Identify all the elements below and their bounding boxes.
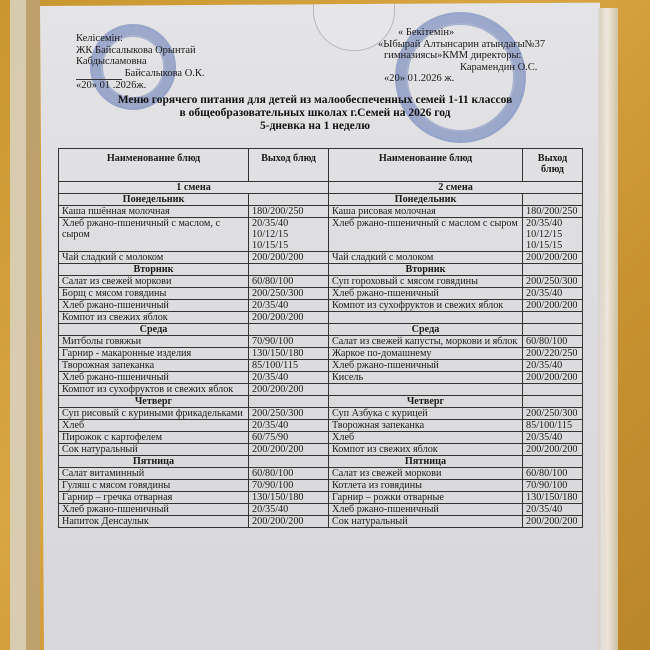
dish-portion: 200/250/300 [523,276,583,288]
dish-portion: 20/35/40 10/12/15 10/15/15 [523,218,583,252]
approval-signature: Карамендин О.С. [378,62,545,74]
dish-name: Митболы говяжьи [59,336,249,348]
sleeve-edge [10,0,26,650]
empty-cell [523,264,583,276]
table-header-row: Наименование блюд Выход блюд Наименовани… [59,149,583,182]
dish-name: Сок натуральный [329,516,523,528]
dish-portion: 130/150/180 [249,348,329,360]
empty-cell [523,456,583,468]
day-label: Пятница [329,456,523,468]
table-row: Творожная запеканка85/100/115Хлеб ржано-… [59,360,583,372]
dish-name: Хлеб ржано-пшеничный [59,372,249,384]
dish-portion: 200/200/200 [523,444,583,456]
empty-cell [523,194,583,206]
approval-line: « Бекітемін» [378,27,545,39]
dish-portion: 130/150/180 [523,492,583,504]
column-header-portion: Выход блюд [249,149,329,182]
table-row: Салат витаминный60/80/100Салат из свежей… [59,468,583,480]
dish-name: Чай сладкий с молоком [59,252,249,264]
dish-portion: 70/90/100 [249,336,329,348]
dish-name: Компот из свежих яблок [329,444,523,456]
dish-portion: 200/200/200 [523,252,583,264]
approval-line: Келісемін: [76,33,205,45]
dish-name: Суп рисовый с куриными фрикадельками [59,408,249,420]
day-label: Понедельник [329,194,523,206]
approval-signature: Байсалыкова О.К. [125,68,205,79]
dish-portion: 20/35/40 [523,432,583,444]
table-row: Чай сладкий с молоком200/200/200Чай слад… [59,252,583,264]
page-title: Меню горячего питания для детей из малоо… [60,94,570,133]
table-row: Компот из свежих яблок200/200/200 [59,312,583,324]
dish-portion: 60/80/100 [249,276,329,288]
sleeve-edge-inner [26,0,40,650]
dish-name: Компот из сухофруктов и свежих яблок [59,384,249,396]
day-label: Пятница [59,456,249,468]
approval-line: Кабдысламовна [76,56,205,68]
dish-portion: 200/200/200 [523,372,583,384]
dish-portion: 60/80/100 [523,336,583,348]
dish-portion: 70/90/100 [249,480,329,492]
dish-portion: 85/100/115 [249,360,329,372]
sleeve-edge-right [598,8,618,650]
table-row: Гарнир – гречка отварная130/150/180Гарни… [59,492,583,504]
dish-portion: 20/35/40 [249,300,329,312]
dish-portion: 70/90/100 [523,480,583,492]
day-label: Среда [59,324,249,336]
dish-name [329,384,523,396]
dish-portion: 20/35/40 10/12/15 10/15/15 [249,218,329,252]
dish-name: Хлеб ржано-пшеничный [59,504,249,516]
approval-line: «Ыбырай Алтынсарин атындағы№37 [378,39,545,51]
dish-name: Кисель [329,372,523,384]
column-header-dish: Наименование блюд [329,149,523,182]
empty-cell [249,194,329,206]
dish-portion: 200/200/200 [249,516,329,528]
empty-cell [523,396,583,408]
title-line: Меню горячего питания для детей из малоо… [60,94,570,107]
dish-name: Чай сладкий с молоком [329,252,523,264]
dish-portion [523,384,583,396]
dish-name: Котлета из говядины [329,480,523,492]
dish-name: Хлеб ржано-пшеничный [59,300,249,312]
dish-name: Каша пшённая молочная [59,206,249,218]
dish-name: Каша рисовая молочная [329,206,523,218]
dish-name: Творожная запеканка [329,420,523,432]
dish-portion: 20/35/40 [249,372,329,384]
table-row: Борщ с мясом говядины200/250/300Хлеб ржа… [59,288,583,300]
empty-cell [249,324,329,336]
dish-name: Хлеб ржано-пшеничный с маслом с сыром [329,218,523,252]
dish-portion: 200/200/200 [249,384,329,396]
dish-name: Хлеб ржано-пшеничный [329,360,523,372]
dish-portion: 200/250/300 [249,408,329,420]
signature-mark [76,68,122,81]
dish-portion: 20/35/40 [523,288,583,300]
day-row: ПонедельникПонедельник [59,194,583,206]
dish-name: Салат из свежей моркови [59,276,249,288]
empty-cell [249,456,329,468]
dish-portion: 180/200/250 [523,206,583,218]
dish-portion: 200/200/200 [523,300,583,312]
dish-name: Хлеб ржано-пшеничный [329,288,523,300]
menu-table: Наименование блюд Выход блюд Наименовани… [58,148,583,528]
approval-line: гимназиясы»КММ директоры: [378,50,545,62]
dish-portion: 20/35/40 [523,504,583,516]
dish-portion: 200/200/200 [249,312,329,324]
dish-name: Гарнир - макаронные изделия [59,348,249,360]
dish-name: Гарнир – рожки отварные [329,492,523,504]
column-header-portion: Выход блюд [523,149,583,182]
table-row: Хлеб ржано-пшеничный20/35/40Кисель200/20… [59,372,583,384]
approval-block-right: « Бекітемін» «Ыбырай Алтынсарин атындағы… [378,27,545,85]
dish-name: Салат из свежей моркови [329,468,523,480]
dish-portion: 200/220/250 [523,348,583,360]
dish-portion: 200/200/200 [249,252,329,264]
table-row: Каша пшённая молочная180/200/250Каша рис… [59,206,583,218]
table-row: Компот из сухофруктов и свежих яблок200/… [59,384,583,396]
dish-portion: 200/250/300 [523,408,583,420]
dish-name: Борщ с мясом говядины [59,288,249,300]
shift-label: 1 смена [59,182,329,194]
day-label: Четверг [59,396,249,408]
table-row: Митболы говяжьи70/90/100Салат из свежей … [59,336,583,348]
dish-portion: 130/150/180 [249,492,329,504]
title-line: 5-дневка на 1 неделю [60,120,570,133]
dish-name: Напиток Денсаулык [59,516,249,528]
dish-name: Сок натуральный [59,444,249,456]
dish-portion: 20/35/40 [523,360,583,372]
day-label: Четверг [329,396,523,408]
table-row: Гуляш с мясом говядины70/90/100Котлета и… [59,480,583,492]
day-label: Вторник [59,264,249,276]
empty-cell [249,264,329,276]
dish-name: Хлеб ржано-пшеничный с маслом, с сыром [59,218,249,252]
table-row: Суп рисовый с куриными фрикадельками200/… [59,408,583,420]
shift-label: 2 смена [329,182,583,194]
table-row: Напиток Денсаулык200/200/200Сок натураль… [59,516,583,528]
day-row: СредаСреда [59,324,583,336]
dish-name: Салат из свежей капусты, моркови и яблок [329,336,523,348]
dish-name: Компот из сухофруктов и свежих яблок [329,300,523,312]
table-row: Хлеб ржано-пшеничный20/35/40Компот из су… [59,300,583,312]
dish-name: Гуляш с мясом говядины [59,480,249,492]
dish-name: Салат витаминный [59,468,249,480]
dish-name [329,312,523,324]
dish-name: Творожная запеканка [59,360,249,372]
table-row: Хлеб ржано-пшеничный20/35/40Хлеб ржано-п… [59,504,583,516]
day-label: Вторник [329,264,523,276]
column-header-dish: Наименование блюд [59,149,249,182]
dish-name: Жаркое по-домашнему [329,348,523,360]
dish-portion: 60/80/100 [249,468,329,480]
table-row: Гарнир - макаронные изделия130/150/180Жа… [59,348,583,360]
dish-portion: 200/250/300 [249,288,329,300]
dish-name: Компот из свежих яблок [59,312,249,324]
dish-name: Хлеб [329,432,523,444]
day-row: ВторникВторник [59,264,583,276]
dish-name: Пирожок с картофелем [59,432,249,444]
approval-block-left: Келісемін: ЖК Байсалыкова Орынтай Кабдыс… [76,33,205,92]
dish-portion: 200/200/200 [523,516,583,528]
table-row: Хлеб ржано-пшеничный с маслом, с сыром20… [59,218,583,252]
dish-portion: 85/100/115 [523,420,583,432]
approval-line: ЖК Байсалыкова Орынтай [76,45,205,57]
table-row: Салат из свежей моркови60/80/100Суп горо… [59,276,583,288]
day-row: ПятницаПятница [59,456,583,468]
dish-name: Хлеб ржано-пшеничный [329,504,523,516]
title-line: в общеобразовательных школах г.Семей на … [60,107,570,120]
empty-cell [249,396,329,408]
dish-portion: 200/200/200 [249,444,329,456]
table-row: Сок натуральный200/200/200Компот из свеж… [59,444,583,456]
approval-date: «20» 01 .2026ж. [76,80,205,92]
empty-cell [523,324,583,336]
dish-portion: 60/75/90 [249,432,329,444]
table-row: Хлеб20/35/40Творожная запеканка85/100/11… [59,420,583,432]
dish-portion: 20/35/40 [249,420,329,432]
dish-name: Суп гороховый с мясом говядины [329,276,523,288]
shift-row: 1 смена 2 смена [59,182,583,194]
dish-name: Гарнир – гречка отварная [59,492,249,504]
dish-name: Хлеб [59,420,249,432]
table-row: Пирожок с картофелем60/75/90Хлеб20/35/40 [59,432,583,444]
day-label: Среда [329,324,523,336]
day-row: ЧетвергЧетверг [59,396,583,408]
dish-portion [523,312,583,324]
dish-name: Суп Азбука с курицей [329,408,523,420]
approval-date: «20» 01.2026 ж. [378,73,545,85]
day-label: Понедельник [59,194,249,206]
dish-portion: 60/80/100 [523,468,583,480]
dish-portion: 20/35/40 [249,504,329,516]
dish-portion: 180/200/250 [249,206,329,218]
